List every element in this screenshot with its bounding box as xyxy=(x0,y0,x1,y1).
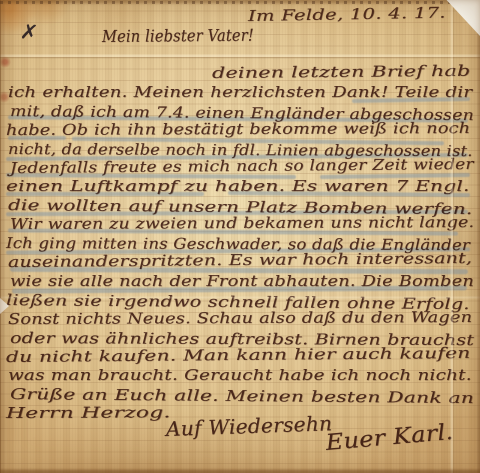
top-perforation-edge xyxy=(0,1,480,4)
letter-page xyxy=(0,0,480,473)
scanned-letter: ✗ Im Felde, 10. 4. 17. Mein liebster Vat… xyxy=(0,0,480,473)
